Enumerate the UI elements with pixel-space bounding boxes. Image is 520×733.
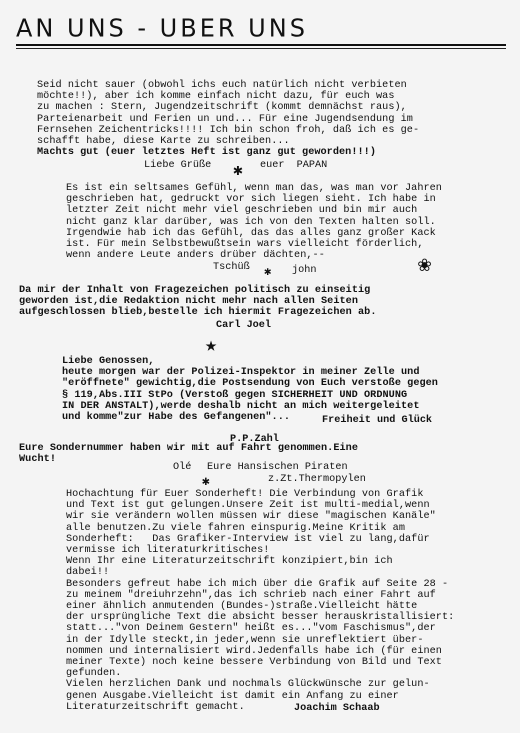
- flower-icon: ❀: [418, 255, 431, 277]
- signature: Carl Joel: [216, 320, 271, 331]
- greeting: Liebe Grüße: [144, 160, 211, 171]
- text-line: dabei!!: [66, 567, 454, 578]
- asterisk-icon: ✱: [233, 163, 243, 179]
- greeting: Olé: [173, 462, 191, 473]
- text-line: Hochachtung für Euer Sonderheft! Die Ver…: [66, 489, 454, 500]
- text-line: ist. Für mein Selbstbewußtsein wars viel…: [66, 239, 442, 250]
- text-line: nommen und internalisiert wird.Jedenfall…: [66, 646, 454, 657]
- text-line: gefunden.: [66, 668, 454, 679]
- text-line: möchte!!), aber ich komme einfach nicht …: [37, 91, 419, 102]
- text-line: heute morgen war der Polizei-Inspektor i…: [62, 367, 438, 378]
- letter-john: Es ist ein seltsames Gefühl, wenn man da…: [66, 183, 442, 261]
- text-line: einer ähnlich anmutenden (Bundes-)straße…: [66, 601, 454, 612]
- signature: euer PAPAN: [260, 160, 327, 171]
- text-line: wir sie verändern wollen müssen wir dies…: [66, 511, 454, 522]
- text-line: genen Ausgabe.Vielleicht ist damit ein A…: [66, 691, 454, 702]
- text-line: Seid nicht sauer (obwohl ichs euch natür…: [37, 80, 419, 91]
- text-line: statt..."von Deinem Gestern" heißt es...…: [66, 623, 454, 634]
- text-line: meiner Texte) noch keine bessere Verbind…: [66, 657, 454, 668]
- letter-carl-joel: Da mir der Inhalt von Fragezeichen polit…: [19, 285, 376, 319]
- text-line: Da mir der Inhalt von Fragezeichen polit…: [19, 285, 376, 296]
- text-line: zu meinem "dreiuhrzehn",das ich schrieb …: [66, 590, 454, 601]
- text-line: § 119,Abs.III StPo (Verstoß gegen SICHER…: [62, 390, 438, 401]
- text-line: Fernsehen Zeichentricks!!!! Ich bin scho…: [37, 125, 419, 136]
- signature: Joachim Schaab: [294, 703, 380, 714]
- page-title: AN UNS - UBER UNS: [16, 13, 308, 42]
- star-icon: ★: [205, 337, 217, 357]
- text-line: Literaturzeitschrift gemacht.: [66, 702, 454, 713]
- text-line: nicht ganz klar darüber, was ich von den…: [66, 217, 442, 228]
- text-line: geschrieben hat, gedruckt vor sich liege…: [66, 194, 442, 205]
- title-underline-thin: [16, 48, 506, 49]
- letter-zahl: Liebe Genossen,heute morgen war der Poli…: [62, 356, 438, 423]
- text-line: Es ist ein seltsames Gefühl, wenn man da…: [66, 183, 442, 194]
- text-line: "eröffnete" gewichtig,die Postsendung vo…: [62, 378, 438, 389]
- text-line: in der Idylle steckt,in jeder,wenn sie u…: [66, 635, 454, 646]
- asterisk-icon: ✱: [264, 266, 271, 278]
- letter-papan: Seid nicht sauer (obwohl ichs euch natür…: [37, 80, 419, 158]
- asterisk-icon: ✱: [202, 475, 210, 488]
- letter-schaab: Hochachtung für Euer Sonderheft! Die Ver…: [66, 489, 454, 713]
- greeting: Tschüß: [213, 262, 250, 273]
- text-line: geworden ist,die Redaktion nicht mehr na…: [19, 296, 376, 307]
- text-line: der ursprüngliche Text die absicht besse…: [66, 612, 454, 623]
- text-line: schafft habe, diese Karte zu schreiben..…: [37, 136, 419, 147]
- greeting: Freiheit und Glück: [322, 415, 432, 426]
- text-line: IN DER ANSTALT),werde deshalb nicht an m…: [62, 401, 438, 412]
- text-line: Wenn Ihr eine Literaturzeitschrift konzi…: [66, 556, 454, 567]
- text-line: Machts gut (euer letztes Heft ist ganz g…: [37, 147, 419, 158]
- text-line: und Text ist gut gelungen.Unsere Zeit is…: [66, 500, 454, 511]
- text-line: Irgendwie hab ich das Gefühl, das das al…: [66, 228, 442, 239]
- text-line: Liebe Genossen,: [62, 356, 438, 367]
- text-line: alle benutzen.Zu viele fahren einspurig.…: [66, 523, 454, 534]
- text-line: aufgeschlossen blieb,bestelle ich hiermi…: [19, 307, 376, 318]
- text-line: Sonderheft: Das Grafiker-Interview ist v…: [66, 534, 454, 545]
- signature: Eure Hansischen Piraten: [207, 462, 348, 473]
- text-line: Eure Sondernummer haben wir mit auf Fahr…: [19, 443, 358, 454]
- text-line: wenn andere Leute anders drüber dächten,…: [66, 250, 442, 261]
- text-line: letzter Zeit nicht mehr viel geschrieben…: [66, 205, 442, 216]
- text-line: Vielen herzlichen Dank und nochmals Glüc…: [66, 679, 454, 690]
- text-line: zu machen : Stern, Jugendzeitschrift (ko…: [37, 102, 419, 113]
- signature: john: [292, 265, 316, 276]
- text-line: Parteienarbeit und Ferien un und... Für …: [37, 114, 419, 125]
- signature-location: z.Zt.Thermopylen: [268, 474, 366, 485]
- text-line: Besonders gefreut habe ich mich über die…: [66, 579, 454, 590]
- text-line: vermisse ich literaturkritisches!: [66, 545, 454, 556]
- title-underline: [16, 44, 506, 46]
